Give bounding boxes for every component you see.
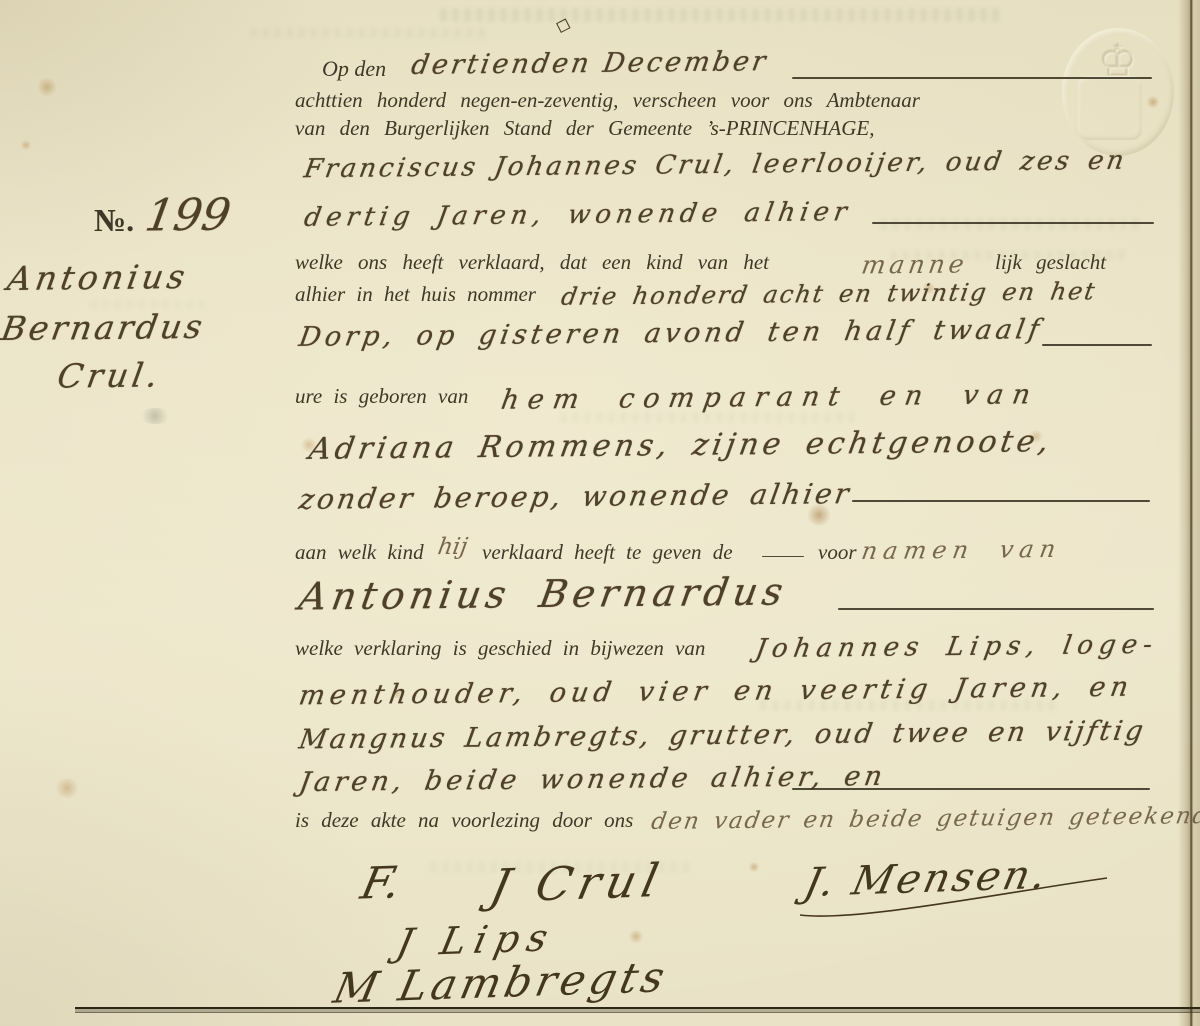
- stain: [628, 930, 644, 943]
- bleedthrough-text: [250, 28, 490, 38]
- smudge: [138, 408, 172, 424]
- margin-name-line2: Bernardus: [2, 308, 205, 347]
- printed-te-geven-de: verklaard heeft te geven de: [482, 540, 733, 565]
- seal-inner-emboss: [1078, 76, 1142, 140]
- act-number-value: 199: [146, 190, 230, 241]
- page-edge-crease: [1190, 0, 1192, 1026]
- printed-bijwezen: welke verklaring is geschied in bijwezen…: [295, 636, 705, 661]
- printed-voor: voor: [818, 540, 857, 565]
- stain: [1146, 96, 1160, 108]
- hw-mother: Adriana Rommens, zijne echtgenoote,: [310, 428, 1052, 463]
- hw-namen-van: namen van: [862, 536, 1061, 564]
- act-number-label: №.: [94, 202, 134, 239]
- signature-father: J Crul: [492, 856, 663, 910]
- hw-huisnummer: drie honderd acht en twintig en het: [562, 280, 1096, 308]
- hw-geteekend: den vader en beide getuigen geteekend: [652, 806, 1200, 832]
- printed-voorlezing: is deze akte na voorlezing door ons: [295, 808, 633, 833]
- margin-name-line3: Crul.: [58, 356, 161, 395]
- bleedthrough-text: [880, 218, 1140, 230]
- hw-witness2-age: Jaren, beide wonende alhier, en: [300, 764, 885, 795]
- stain: [54, 778, 80, 798]
- hw-father-age: dertig Jaren, wonende alhier: [305, 200, 851, 230]
- signature-witness2: M Lambregts: [336, 958, 666, 1007]
- printed-huis-nommer: alhier in het huis nommer: [295, 282, 536, 307]
- hw-child-names: Antonius Bernardus: [300, 572, 787, 616]
- filler-rule: [838, 608, 1154, 610]
- stain: [748, 862, 760, 872]
- signature-flourish: [795, 860, 1115, 920]
- hw-hij: hij: [438, 534, 467, 560]
- hw-date: dertienden December: [412, 48, 768, 79]
- margin-name-line1: Antonius: [8, 258, 188, 297]
- hw-mother-beroep: zonder beroep, wonende alhier: [300, 480, 851, 513]
- hw-geslacht: manne: [862, 250, 968, 279]
- printed-year-line: achttien honderd negen-en-zeventig, vers…: [295, 88, 920, 113]
- stain: [20, 140, 32, 150]
- printed-geslacht: lijk geslacht: [995, 250, 1106, 275]
- filler-rule: [852, 500, 1150, 502]
- page-edge: [1178, 0, 1200, 1026]
- printed-op-den: Op den: [322, 56, 386, 82]
- hw-witness1: Johannes Lips, loge-: [756, 632, 1158, 662]
- signature-father-initial: F.: [362, 858, 400, 909]
- scanned-birth-record: ♔ ◇ №. 199 Antonius Bernardus Crul. Op d…: [0, 0, 1200, 1026]
- hw-father: Franciscus Johannes Crul, leerlooijer, o…: [305, 150, 1126, 180]
- printed-verklaard: welke ons heeft verklaard, dat een kind …: [295, 250, 769, 275]
- printed-aan-welk-kind: aan welk kind: [295, 540, 424, 565]
- filler-rule: [1042, 344, 1152, 346]
- form-bottom-border: [75, 1007, 1200, 1013]
- embossed-seal: ♔: [1062, 28, 1174, 156]
- hw-dorp-tijd: Dorp, op gisteren avond ten half twaalf: [300, 318, 1042, 349]
- filler-rule: [792, 77, 1152, 79]
- hw-witness2: Mangnus Lambregts, grutter, oud twee en …: [300, 720, 1145, 751]
- short-rule: [762, 556, 804, 557]
- filler-rule: [792, 788, 1150, 790]
- bleedthrough-text: [440, 8, 1000, 22]
- printed-geboren-van: ure is geboren van: [295, 384, 468, 409]
- hw-comparant: hem comparant en van: [502, 382, 1038, 413]
- printed-gemeente-line: van den Burgerlijken Stand der Gemeente …: [295, 116, 874, 141]
- filler-rule: [872, 222, 1154, 224]
- signature-witness1: J Lips: [398, 918, 555, 962]
- stain: [36, 78, 58, 96]
- hw-witness1-age: menthouder, oud vier en veertig Jaren, e…: [300, 676, 1132, 707]
